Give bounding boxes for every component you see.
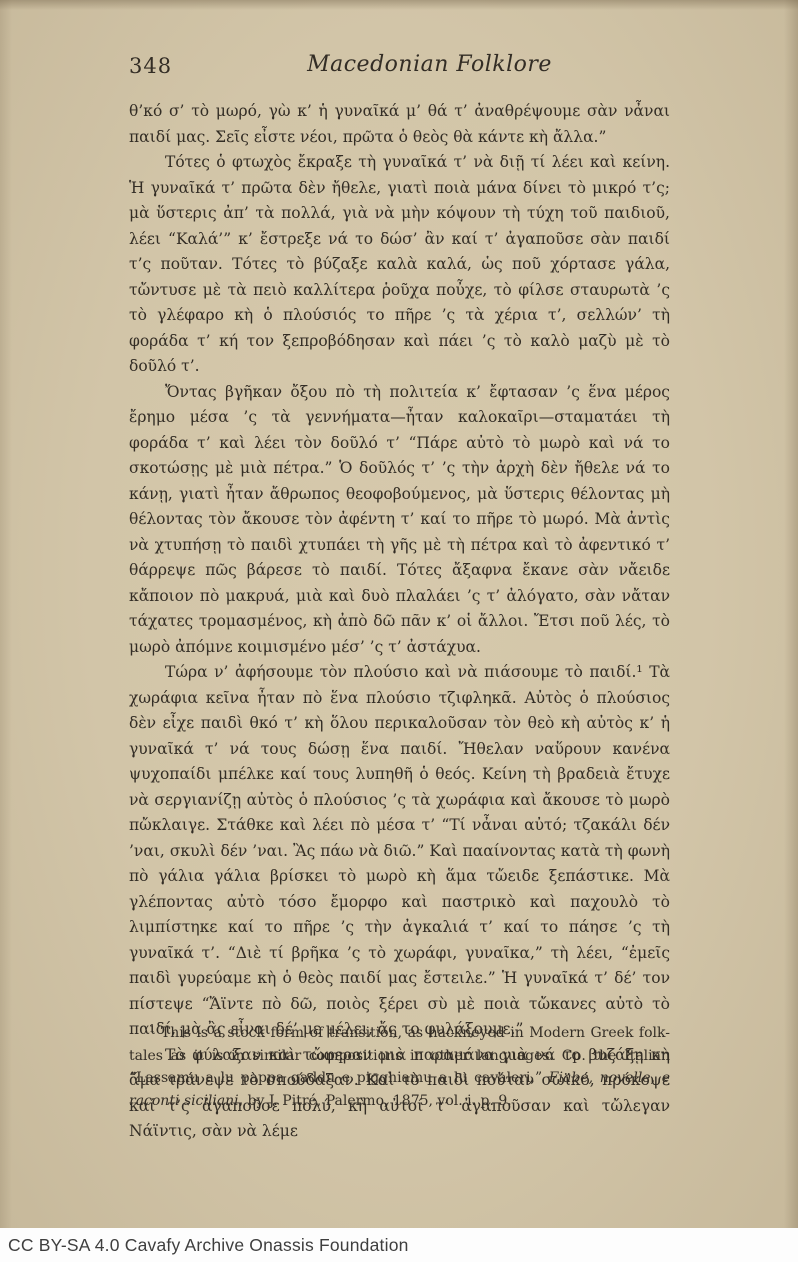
paragraph-4: Τώρα ν’ ἀφήσουμε τὸν πλούσιο καὶ νὰ πιάσ… [129,660,670,1043]
paragraph-2: Τότες ὁ φτωχὸς ἔκραξε τὴ γυναῖκά τ’ νὰ δ… [129,150,670,380]
license-text: CC BY-SA 4.0 Cavafy Archive Onassis Foun… [0,1235,409,1256]
paragraph-3: Ὄντας βγῆκαν ὄξου πὸ τὴ πολιτεία κ’ ἔφτα… [129,380,670,661]
scanned-book-page: 348 Macedonian Folklore θ’κό σ’ τὸ μωρό,… [0,0,798,1262]
footnote: 1 This is a stock form of transition, as… [129,1022,670,1112]
paragraph-1: θ’κό σ’ τὸ μωρό, γὼ κ’ ἡ γυναῖκά μ’ θά τ… [129,99,670,150]
body-text: θ’κό σ’ τὸ μωρό, γὼ κ’ ἡ γυναῖκά μ’ θά τ… [129,99,670,1145]
running-head: Macedonian Folklore [129,52,730,77]
license-bar: CC BY-SA 4.0 Cavafy Archive Onassis Foun… [0,1228,798,1262]
footnote-text: 1 This is a stock form of transition, as… [129,1022,670,1112]
page-header: 348 Macedonian Folklore [129,52,670,82]
footnote-tail: , by J. Pitré, Palermo, 1875, vol. i. p.… [239,1093,512,1109]
